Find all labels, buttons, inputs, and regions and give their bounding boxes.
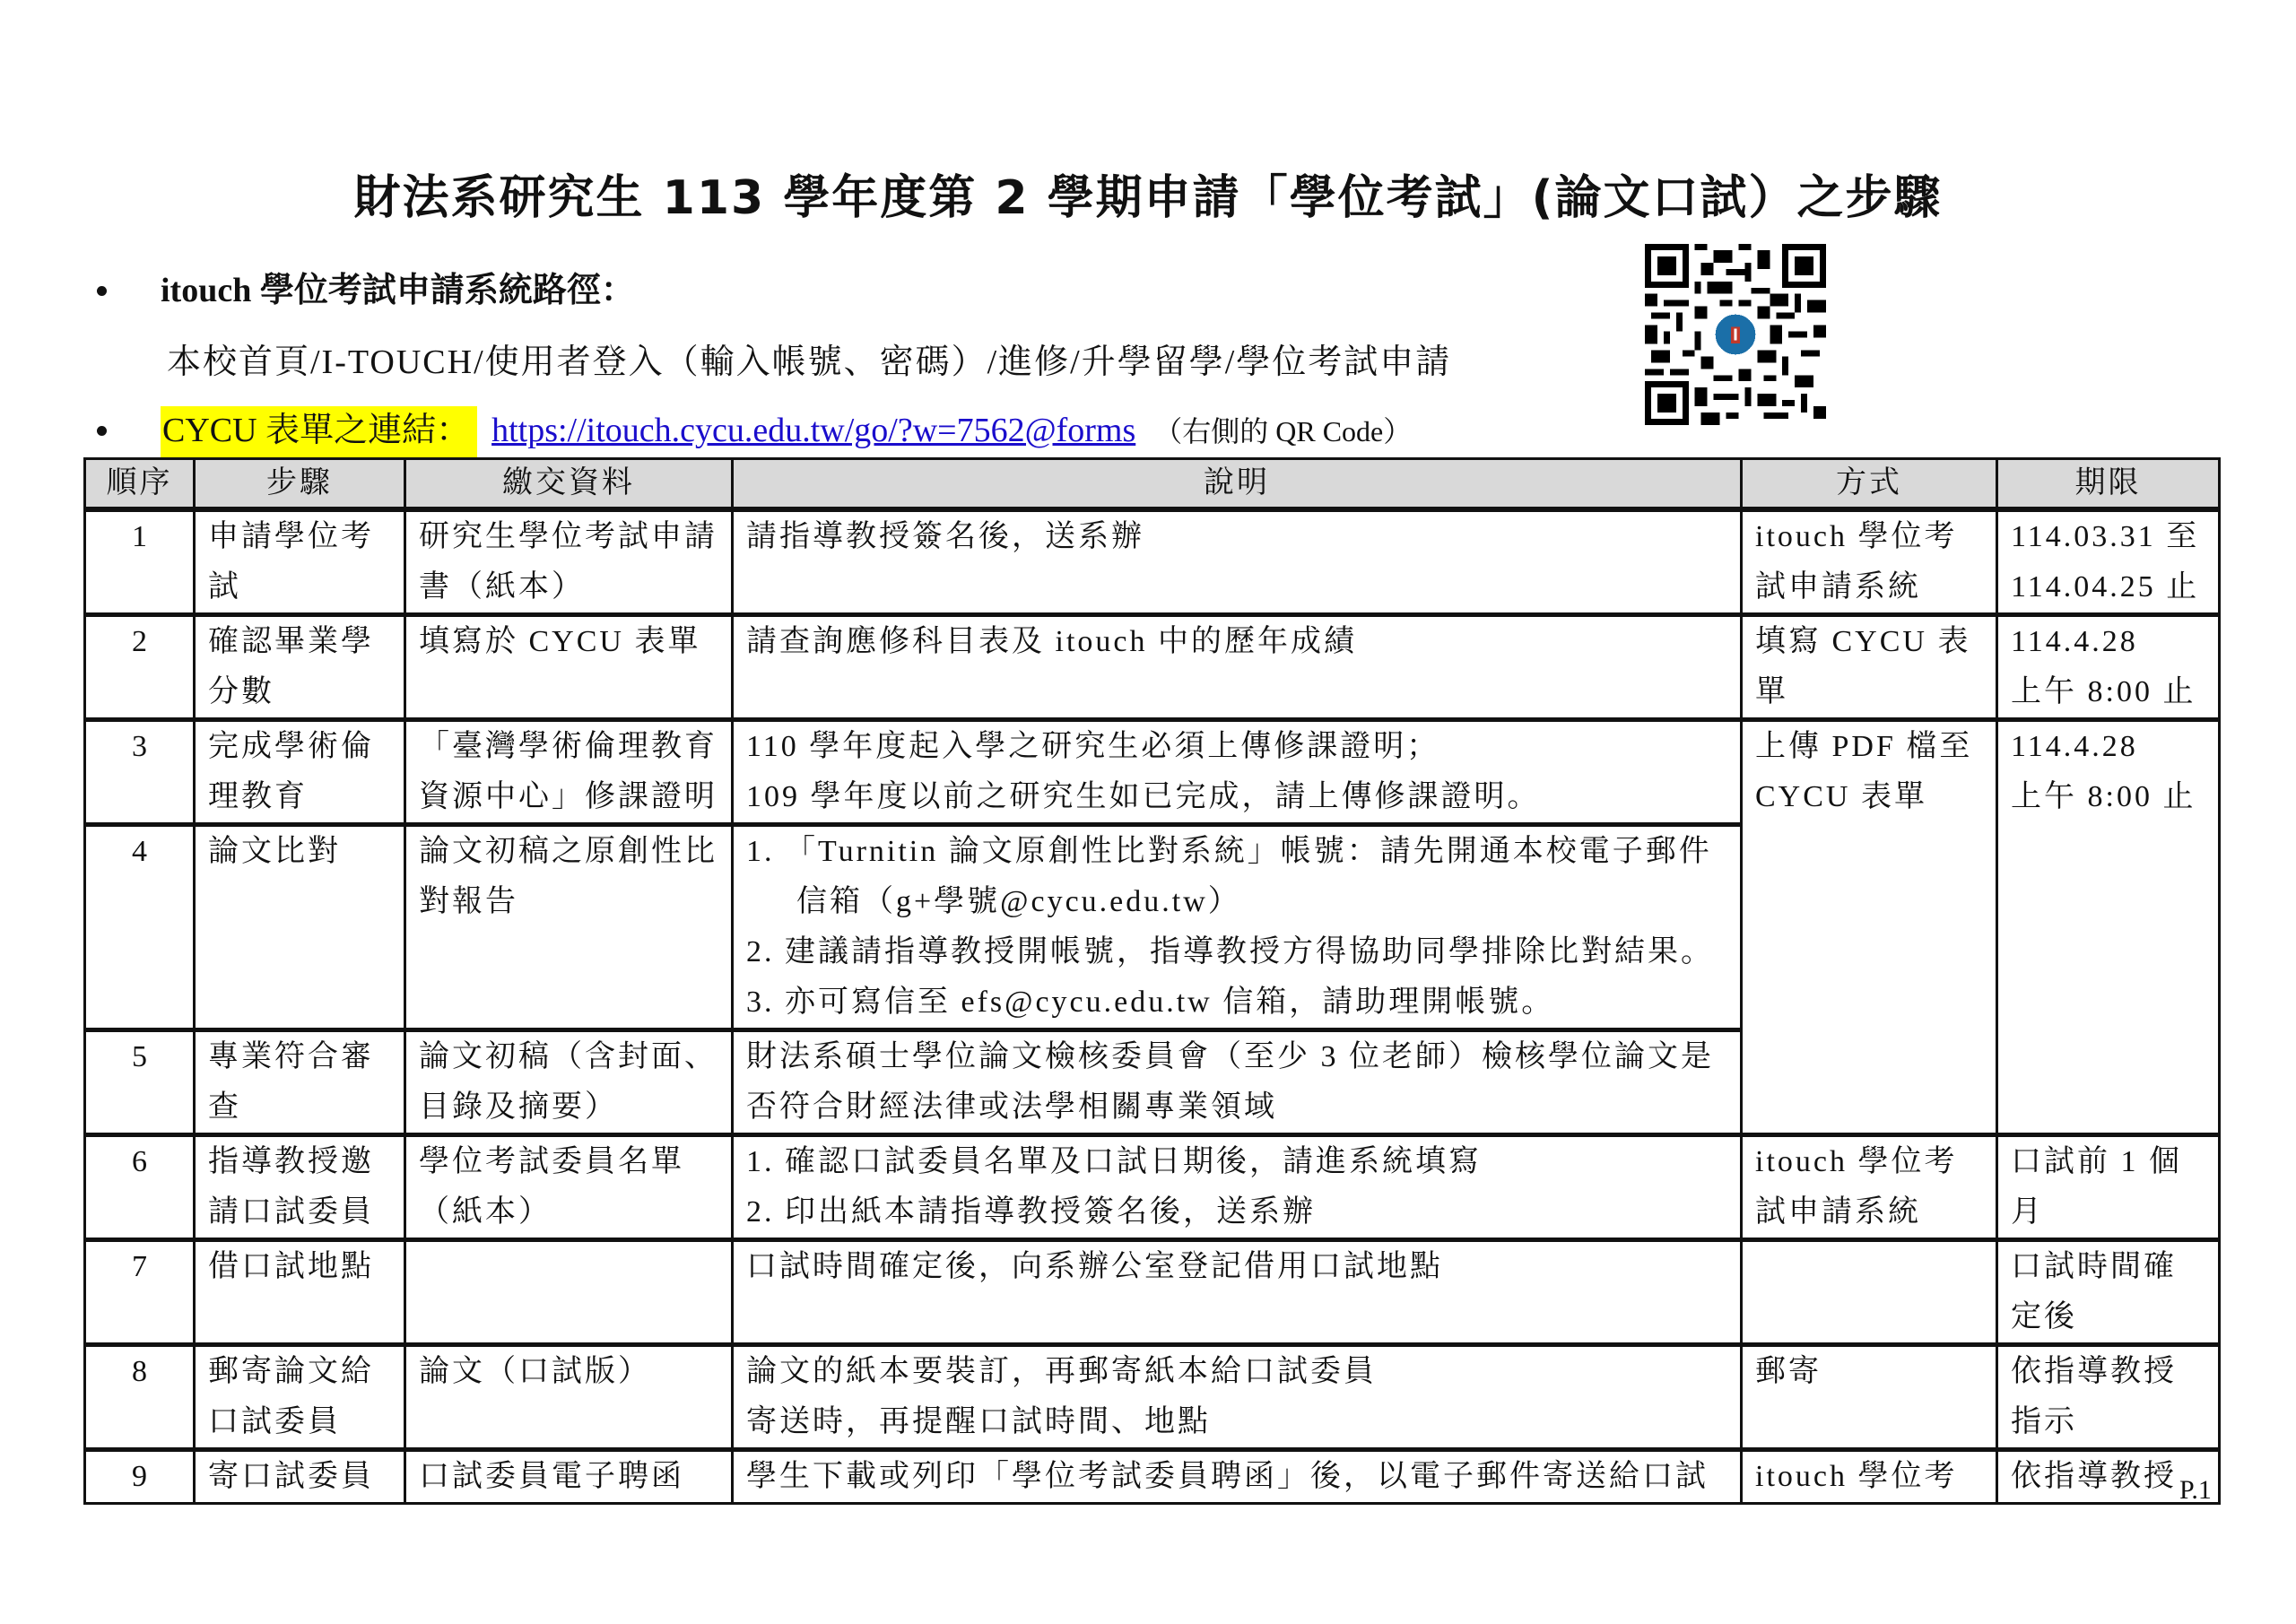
cell-description: 1. 「Turnitin 論文原創性比對系統」帳號：請先開通本校電子郵件 信箱（… — [733, 825, 1742, 1030]
cycu-form-link[interactable]: https://itouch.cycu.edu.tw/go/?w=7562@fo… — [491, 412, 1135, 449]
cell-materials: 口試委員電子聘函 — [405, 1450, 733, 1504]
cell-materials: 論文初稿（含封面、目錄及摘要） — [405, 1030, 733, 1135]
cell-step: 寄口試委員 — [195, 1450, 405, 1504]
itouch-path-bullet: itouch 學位考試申請系統路徑： — [97, 262, 635, 311]
table-row: 6 指導教授邀請口試委員 學位考試委員名單（紙本） 1. 確認口試委員名單及口試… — [85, 1135, 2220, 1240]
cell-method: itouch 學位考試申請系統 — [1742, 1135, 1997, 1240]
itouch-heading: itouch 學位考試申請系統路徑： — [161, 272, 635, 309]
cell-deadline: 口試時間確定後 — [1997, 1240, 2220, 1345]
itouch-path: 本校首頁/I-TOUCH/使用者登入（輸入帳號、密碼）/進修/升學留學/學位考試… — [167, 334, 1451, 383]
cycu-form-label: CYCU 表單之連結： — [161, 406, 477, 462]
qr-code-icon[interactable] — [1645, 244, 1826, 425]
header-deadline: 期限 — [1997, 459, 2220, 510]
table-row: 7 借口試地點 口試時間確定後，向系辦公室登記借用口試地點 口試時間確定後 — [85, 1240, 2220, 1345]
cell-materials: 學位考試委員名單（紙本） — [405, 1135, 733, 1240]
cell-deadline: 114.4.28上午 8:00 止 — [1997, 615, 2220, 720]
cycu-form-bullet: CYCU 表單之連結：https://itouch.cycu.edu.tw/go… — [97, 402, 1412, 451]
qr-note: （右側的 QR Code） — [1153, 415, 1412, 447]
cell-materials: 填寫於 CYCU 表單 — [405, 615, 733, 720]
cell-method: itouch 學位考 — [1742, 1450, 1997, 1504]
header-order: 順序 — [85, 459, 195, 510]
header-method: 方式 — [1742, 459, 1997, 510]
cell-description: 請查詢應修科目表及 itouch 中的歷年成績 — [733, 615, 1742, 720]
cell-order: 3 — [85, 720, 195, 825]
table-row: 9 寄口試委員 口試委員電子聘函 學生下載或列印「學位考試委員聘函」後，以電子郵… — [85, 1450, 2220, 1504]
cell-deadline: 114.4.28上午 8:00 止 — [1997, 720, 2220, 1135]
table-row: 2 確認畢業學分數 填寫於 CYCU 表單 請查詢應修科目表及 itouch 中… — [85, 615, 2220, 720]
cell-description: 口試時間確定後，向系辦公室登記借用口試地點 — [733, 1240, 1742, 1345]
table-header-row: 順序 步驟 繳交資料 說明 方式 期限 — [85, 459, 2220, 510]
cell-materials — [405, 1240, 733, 1345]
cell-order: 7 — [85, 1240, 195, 1345]
cell-description: 財法系碩士學位論文檢核委員會（至少 3 位老師）檢核學位論文是否符合財經法律或法… — [733, 1030, 1742, 1135]
cell-step: 專業符合審查 — [195, 1030, 405, 1135]
cell-materials: 研究生學位考試申請書（紙本） — [405, 509, 733, 615]
cell-order: 6 — [85, 1135, 195, 1240]
cell-method: 郵寄 — [1742, 1345, 1997, 1450]
cell-method: itouch 學位考試申請系統 — [1742, 509, 1997, 615]
cell-deadline: 口試前 1 個月 — [1997, 1135, 2220, 1240]
cell-description: 1. 確認口試委員名單及口試日期後，請進系統填寫2. 印出紙本請指導教授簽名後，… — [733, 1135, 1742, 1240]
cell-step: 借口試地點 — [195, 1240, 405, 1345]
page-number: P.1 — [2179, 1475, 2212, 1506]
header-step: 步驟 — [195, 459, 405, 510]
table-row: 3 完成學術倫理教育 「臺灣學術倫理教育資源中心」修課證明 110 學年度起入學… — [85, 720, 2220, 825]
table-row: 1 申請學位考試 研究生學位考試申請書（紙本） 請指導教授簽名後，送系辦 ito… — [85, 509, 2220, 615]
cell-method — [1742, 1240, 1997, 1345]
cell-deadline: 114.03.31 至114.04.25 止 — [1997, 509, 2220, 615]
cell-order: 2 — [85, 615, 195, 720]
cell-description: 學生下載或列印「學位考試委員聘函」後，以電子郵件寄送給口試 — [733, 1450, 1742, 1504]
cell-description: 請指導教授簽名後，送系辦 — [733, 509, 1742, 615]
header-materials: 繳交資料 — [405, 459, 733, 510]
cell-step: 論文比對 — [195, 825, 405, 1030]
document-title: 財法系研究生 113 學年度第 2 學期申請「學位考試」(論文口試）之步驟 — [0, 160, 2296, 227]
cell-materials: 論文（口試版） — [405, 1345, 733, 1450]
cell-materials: 「臺灣學術倫理教育資源中心」修課證明 — [405, 720, 733, 825]
cell-method: 上傳 PDF 檔至 CYCU 表單 — [1742, 720, 1997, 1135]
cell-order: 9 — [85, 1450, 195, 1504]
cell-order: 5 — [85, 1030, 195, 1135]
table-row: 8 郵寄論文給口試委員 論文（口試版） 論文的紙本要裝訂，再郵寄紙本給口試委員寄… — [85, 1345, 2220, 1450]
cell-step: 郵寄論文給口試委員 — [195, 1345, 405, 1450]
bullet-icon — [97, 426, 107, 436]
cell-step: 完成學術倫理教育 — [195, 720, 405, 825]
cell-description: 論文的紙本要裝訂，再郵寄紙本給口試委員寄送時，再提醒口試時間、地點 — [733, 1345, 1742, 1450]
steps-table: 順序 步驟 繳交資料 說明 方式 期限 1 申請學位考試 研究生學位考試申請書（… — [83, 457, 2221, 1505]
cell-step: 指導教授邀請口試委員 — [195, 1135, 405, 1240]
cell-step: 確認畢業學分數 — [195, 615, 405, 720]
cell-description: 110 學年度起入學之研究生必須上傳修課證明；109 學年度以前之研究生如已完成… — [733, 720, 1742, 825]
cell-method: 填寫 CYCU 表單 — [1742, 615, 1997, 720]
cell-order: 4 — [85, 825, 195, 1030]
cell-materials: 論文初稿之原創性比對報告 — [405, 825, 733, 1030]
cell-step: 申請學位考試 — [195, 509, 405, 615]
cell-order: 8 — [85, 1345, 195, 1450]
cell-deadline: 依指導教授指示 — [1997, 1345, 2220, 1450]
header-description: 說明 — [733, 459, 1742, 510]
cell-order: 1 — [85, 509, 195, 615]
bullet-icon — [97, 286, 107, 296]
